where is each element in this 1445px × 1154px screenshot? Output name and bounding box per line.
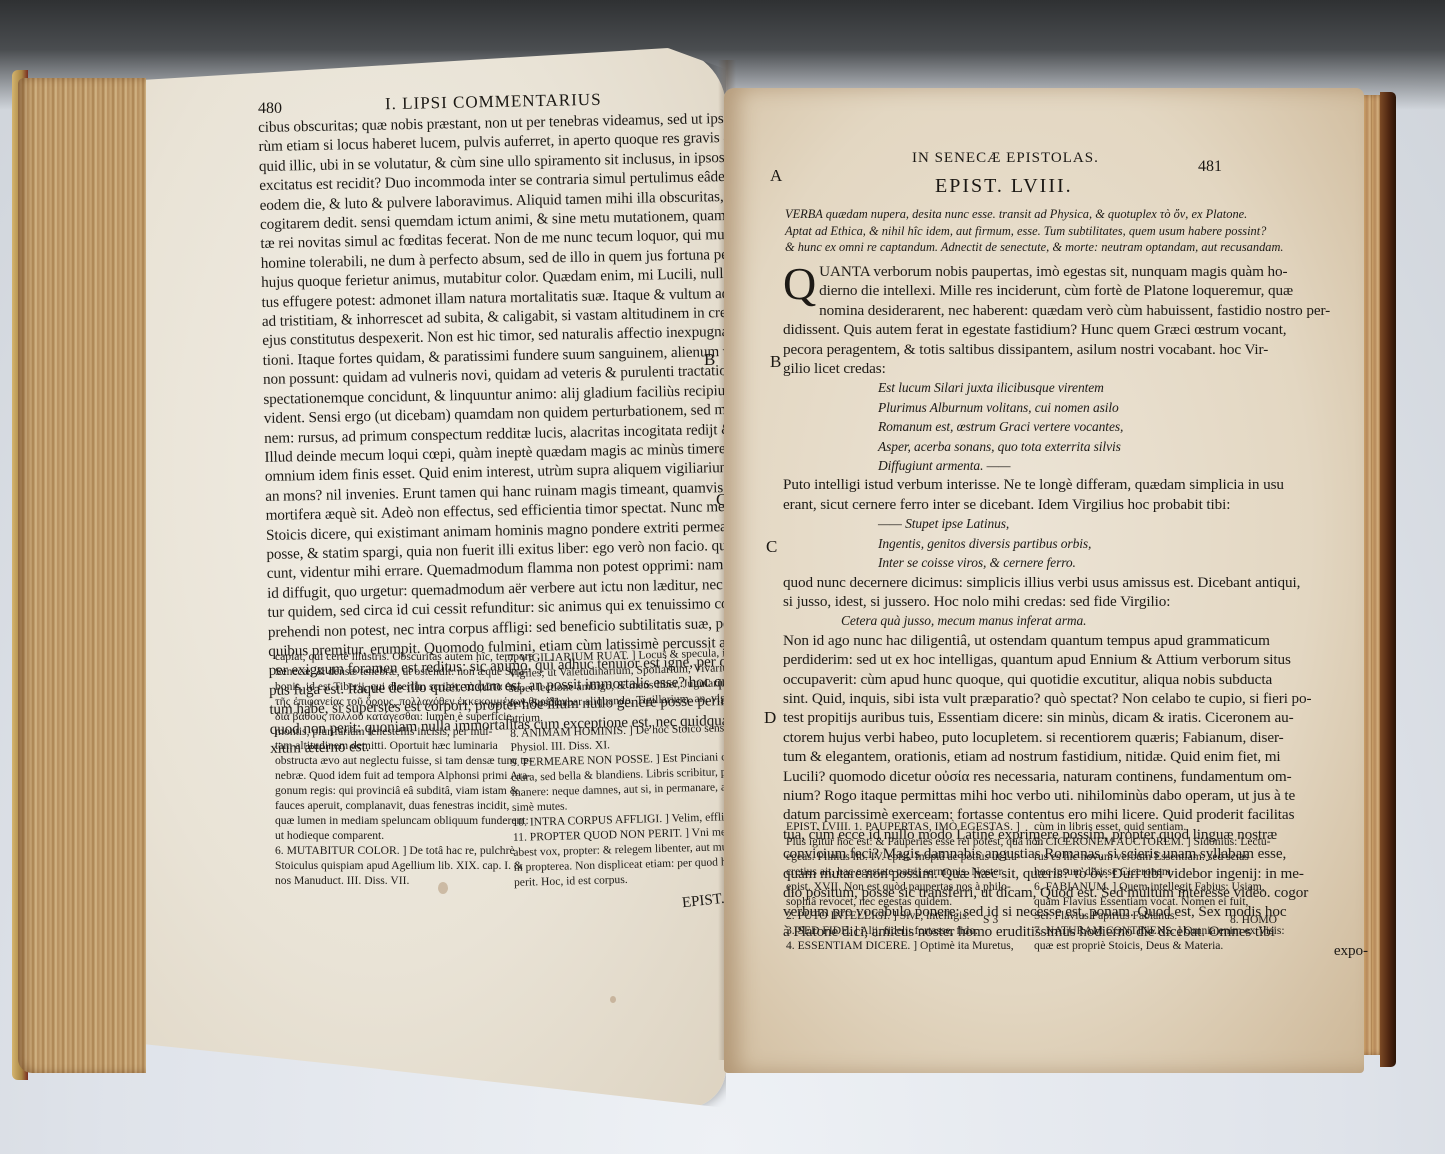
verse-quotation: —— Stupet ipse Latinus,Ingentis, genitos…	[783, 514, 1388, 572]
right-note-line: cùm in libris esset, quid sentiam.	[1034, 820, 1274, 835]
left-note-line: Stoiculus quispiam apud Agellium lib. XI…	[275, 859, 505, 874]
margin-marker-b: B	[770, 352, 781, 372]
left-page-number: 480	[258, 100, 282, 118]
right-body-line: test propitijs auribus tuis, Essentiam d…	[783, 708, 1388, 727]
verse-line: —— Stupet ipse Latinus,	[878, 514, 1388, 533]
right-body-line: perdiderim: sed ut ex hoc intelligas, qu…	[783, 650, 1388, 669]
right-note-line: 4. ESSENTIAM DICERE. ] Optimè ita Muretu…	[786, 939, 1031, 954]
left-note-line: fauces aperuit, complanavit, duas fenest…	[275, 799, 505, 814]
right-body-line: erant, sicut cernere ferro inter se dice…	[783, 495, 1388, 514]
left-note-line: διὰ βάθους πολλοῦ κατάγεσθαι: lumen è su…	[275, 710, 505, 725]
left-notes-column-2: 7. VIGILIARIUM RUAT. ] Locus & specula, …	[508, 646, 734, 890]
left-note-line: quæ lumen in mediam speluncam obliquum f…	[275, 814, 505, 829]
right-note-line: cretius ait, hac egestate patrij sermoni…	[786, 865, 1031, 880]
right-body-line: sint. Quid, inquis, sibi ista vult præpa…	[783, 689, 1388, 708]
right-note-line: 5. CICERONEM AUCTOREM. ] Sidonius: Lectu…	[1034, 835, 1274, 850]
right-body-line: tum & elegantem, orationis, etiam ad nos…	[783, 747, 1388, 766]
verse-line: Romanum est, œstrum Graci vertere vocant…	[878, 417, 1388, 436]
right-body-line: dierno die intellexi. Mille res incideru…	[783, 281, 1388, 300]
left-note-line: gonum regis: qui provinciâ eâ subditâ, v…	[275, 784, 505, 799]
signature-mark: S 3	[983, 913, 998, 928]
right-catchword: 8. HOMO	[1230, 913, 1277, 928]
verse-line: Asper, acerba sonans, quo tota exterrita…	[878, 437, 1388, 456]
right-note-line: quam Flavius Essentiam vocat. Nomen ei f…	[1034, 895, 1274, 910]
summary-line: & hunc ex omni re captandum. Adnectit de…	[785, 239, 1385, 256]
verse-line: Inter se coisse viros, & cernere ferro.	[878, 553, 1388, 572]
margin-marker-d: D	[764, 708, 776, 728]
left-note-line: nos Manuduct. III. Diss. VII.	[275, 874, 505, 889]
left-note-line: ut hodieque comparent.	[275, 829, 505, 844]
left-note-line: bonis, id est Tiberij, qui disertim scri…	[275, 680, 505, 695]
right-notes-column-1: EPIST. LVIII. 1. PAUPERTAS, IMÒ EGESTAS.…	[786, 820, 1031, 954]
right-body-line: pecora peragentem, & totis saltibus diss…	[783, 340, 1388, 359]
foxing-spot	[438, 882, 448, 894]
right-body-line: si jusso, idest, si jussero. Hoc nolo mi…	[783, 592, 1388, 611]
verse-line: Cetera quà jusso, mecum manus inferat ar…	[841, 611, 1388, 630]
right-note-line: 6. FABIANUM. ] Quem intellegit Fabius: U…	[1034, 880, 1274, 895]
right-body-line: ctorem hujus verbi habeo, puto locuplete…	[783, 728, 1388, 747]
right-body-line: didissent. Quis autem ferat in egestate …	[783, 320, 1388, 339]
epistle-title: EPIST. LVIII.	[935, 175, 1073, 198]
margin-marker-c: C	[766, 537, 777, 557]
margin-marker-b-left: B	[704, 350, 715, 370]
right-body-line: gilio licet credas:	[783, 359, 1388, 378]
verse-line: Plurimus Alburnum volitans, cui nomen as…	[878, 398, 1388, 417]
left-note-line: τῆς ἐπιφανείας τοῦ ὄρους, πολλαχόθεν ἐκκ…	[275, 695, 505, 710]
right-body-line: nium? Rogo itaque permittas mihi hoc ver…	[783, 786, 1388, 805]
right-body-line: occupaverit: cùm apud hunc quoque, qui q…	[783, 670, 1388, 689]
right-notes-column-2: cùm in libris esset, quid sentiam.5. CIC…	[1034, 820, 1274, 954]
summary-line: Aptat ad Ethica, & nihil hîc idem, aut f…	[785, 223, 1385, 240]
verse-line: Diffugiunt armenta. ——	[878, 456, 1388, 475]
right-page-number: 481	[1198, 158, 1222, 176]
verse-line: Ingentis, genitos diversis partibus orbi…	[878, 534, 1388, 553]
first-body-line: UANTA verborum nobis paupertas, imò eges…	[783, 262, 1388, 281]
drop-cap: Q	[783, 264, 816, 304]
right-running-head: IN SENECÆ EPISTOLAS.	[912, 150, 1099, 167]
margin-marker-a: A	[770, 166, 782, 186]
right-note-line: sophiâ revocet, nec egestas quidem.	[786, 895, 1031, 910]
right-note-line: hoc ipsum dixisse Ciceronem.	[1034, 865, 1274, 880]
left-note-line: 6. MUTABITUR COLOR. ] De totâ hac re, pu…	[275, 844, 505, 859]
right-body-line: quod nunc decernere dicimus: simplicis i…	[783, 573, 1388, 592]
left-note-line: capiat, qui certè illustris. Obscuritas …	[275, 650, 505, 665]
right-note-line: epist. XVII. Non est quòd paupertas nos …	[786, 880, 1031, 895]
right-body-line: Puto intelligi istud verbum interisse. N…	[783, 475, 1388, 494]
left-fore-edge-pages	[18, 78, 146, 1073]
right-body-line: Non id ago nunc hac diligentiâ, ut osten…	[783, 631, 1388, 650]
left-note-line: montis, plurifariàm fenestellis incisis,…	[275, 725, 505, 740]
epistle-summary: VERBA quædam nupera, desita nunc esse. t…	[785, 206, 1385, 256]
right-body-line: Lucili? quomodo dicetur οὐσία res necess…	[783, 767, 1388, 786]
right-note-line: quæ est propriè Stoicis, Deus & Materia.	[1034, 939, 1274, 954]
right-note-line: EPIST. LVIII. 1. PAUPERTAS, IMÒ EGESTAS.…	[786, 820, 1031, 835]
foxing-spot	[610, 996, 616, 1003]
right-body-line: nomina desiderarent, nec haberent: quæda…	[783, 301, 1388, 320]
verse-quotation: Est lucum Silari juxta ilicibusque viren…	[783, 378, 1388, 475]
right-note-line: egeas. Plinius lib. IV. epist. Inopiâ ac…	[786, 850, 1031, 865]
left-note-line: obstructa ævo aut neglectu fuisse, si ta…	[275, 754, 505, 769]
right-note-line: Plus igitur hoc est: & Pauperies esse re…	[786, 835, 1031, 850]
left-notes-column-1: capiat, qui certè illustris. Obscuritas …	[275, 650, 505, 889]
summary-line: VERBA quædam nupera, desita nunc esse. t…	[785, 206, 1385, 223]
left-note-line: nebræ. Quod idem fuit ad tempora Alphons…	[275, 769, 505, 784]
left-note-line: tam altitudinem demitti. Oportuit hæc lu…	[275, 739, 505, 754]
verse-quotation: Cetera quà jusso, mecum manus inferat ar…	[783, 611, 1388, 630]
left-note-line: Senecæ, & densæ tenebræ, ut ostendit: no…	[275, 665, 505, 680]
verse-line: Est lucum Silari juxta ilicibusque viren…	[878, 378, 1388, 397]
right-note-line: rus es hîc novum verbum Essentiam: sed s…	[1034, 850, 1274, 865]
